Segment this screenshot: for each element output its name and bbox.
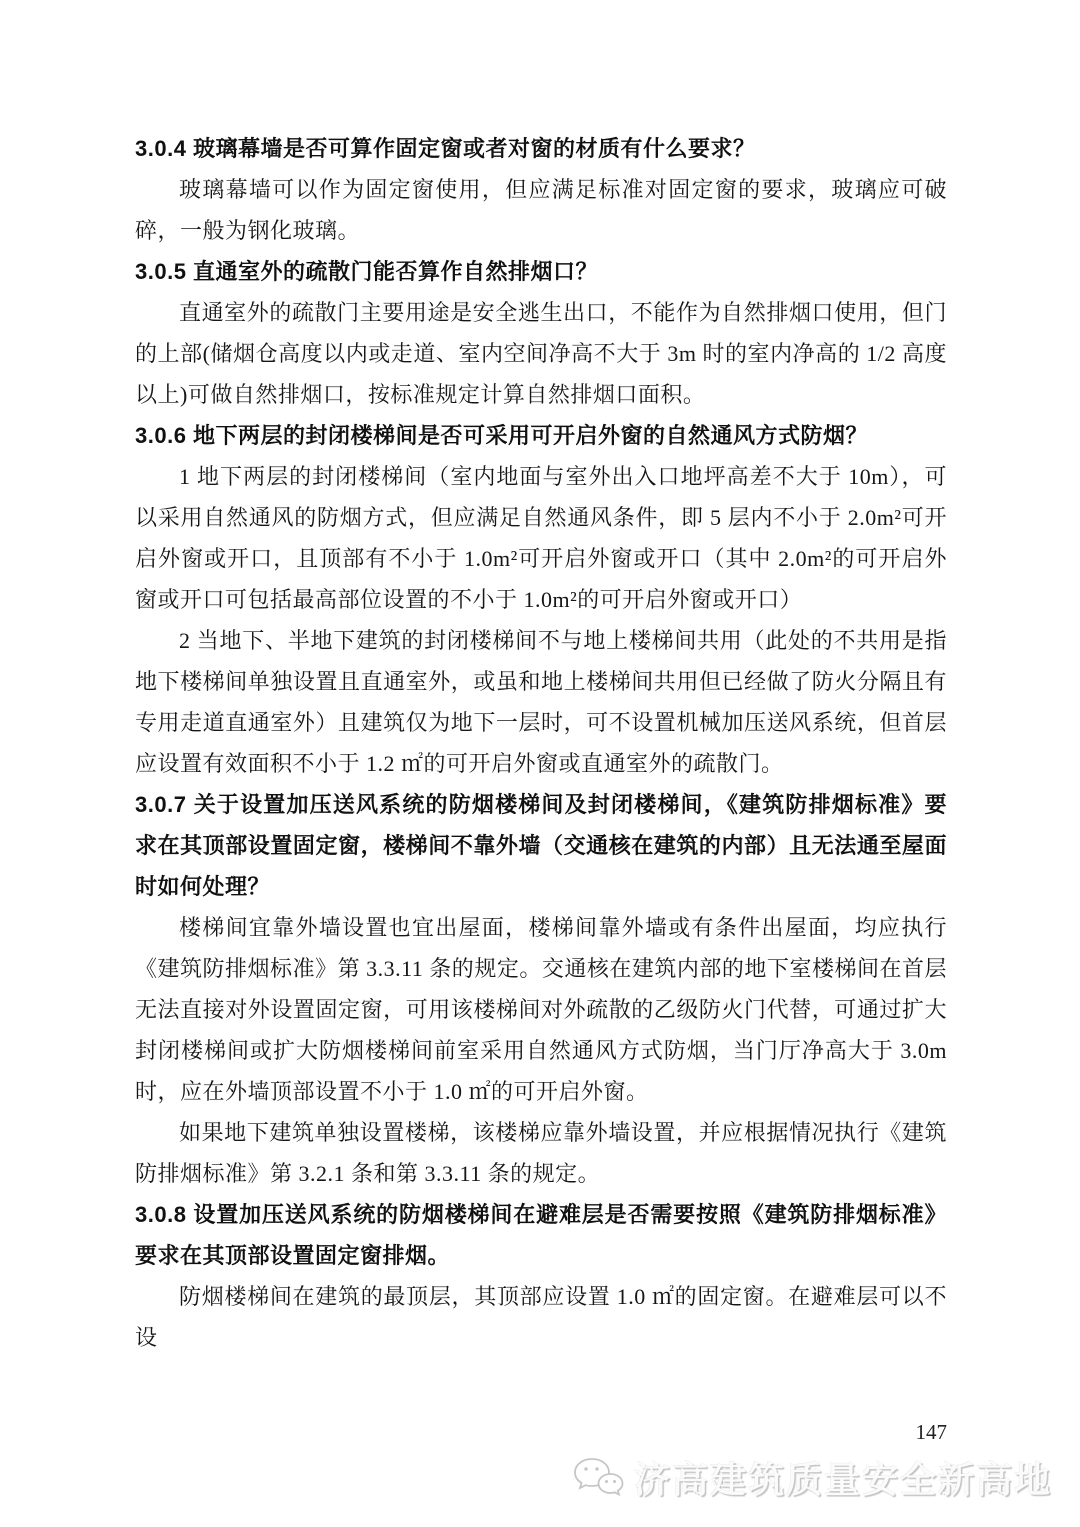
section-heading: 3.0.6 地下两层的封闭楼梯间是否可采用可开启外窗的自然通风方式防烟？ <box>135 415 947 456</box>
watermark: 济高建筑质量安全新高地 <box>572 1452 1052 1503</box>
section-heading: 3.0.8 设置加压送风系统的防烟楼梯间在避难层是否需要按照《建筑防排烟标准》要… <box>135 1194 947 1276</box>
section-heading: 3.0.4 玻璃幕墙是否可算作固定窗或者对窗的材质有什么要求？ <box>135 128 947 169</box>
paragraph: 直通室外的疏散门主要用途是安全逃生出口，不能作为自然排烟口使用，但门的上部(储烟… <box>135 292 947 415</box>
wechat-icon <box>572 1456 624 1500</box>
paragraph: 如果地下建筑单独设置楼梯，该楼梯应靠外墙设置，并应根据情况执行《建筑防排烟标准》… <box>135 1112 947 1194</box>
paragraph: 1 地下两层的封闭楼梯间（室内地面与室外出入口地坪高差不大于 10m），可以采用… <box>135 456 947 620</box>
watermark-text: 济高建筑质量安全新高地 <box>634 1452 1052 1503</box>
section-heading: 3.0.7 关于设置加压送风系统的防烟楼梯间及封闭楼梯间，《建筑防排烟标准》要求… <box>135 784 947 907</box>
section-heading: 3.0.5 直通室外的疏散门能否算作自然排烟口？ <box>135 251 947 292</box>
page-number: 147 <box>135 1420 947 1445</box>
paragraph: 防烟楼梯间在建筑的最顶层，其顶部应设置 1.0 ㎡的固定窗。在避难层可以不设 <box>135 1276 947 1358</box>
paragraph: 2 当地下、半地下建筑的封闭楼梯间不与地上楼梯间共用（此处的不共用是指地下楼梯间… <box>135 620 947 784</box>
paragraph: 楼梯间宜靠外墙设置也宜出屋面，楼梯间靠外墙或有条件出屋面，均应执行《建筑防排烟标… <box>135 907 947 1112</box>
document-page: 3.0.4 玻璃幕墙是否可算作固定窗或者对窗的材质有什么要求？玻璃幕墙可以作为固… <box>0 0 1080 1527</box>
document-body: 3.0.4 玻璃幕墙是否可算作固定窗或者对窗的材质有什么要求？玻璃幕墙可以作为固… <box>135 128 947 1358</box>
paragraph: 玻璃幕墙可以作为固定窗使用，但应满足标准对固定窗的要求，玻璃应可破碎，一般为钢化… <box>135 169 947 251</box>
